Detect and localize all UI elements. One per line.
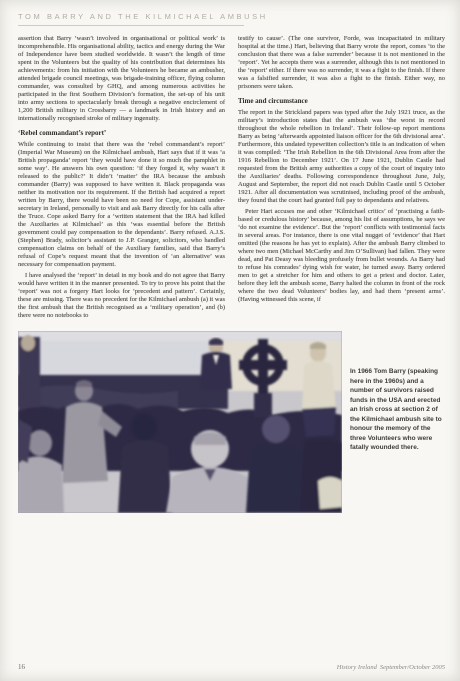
paragraph: I have analysed the ‘report’ in detail i… — [18, 272, 225, 320]
footer-journal-line: History IrelandSeptember/October 2005 — [337, 664, 445, 671]
journal-title: History Ireland — [337, 664, 377, 671]
paragraph: testify to cause’. (The one survivor, Fo… — [238, 35, 445, 91]
issue-date: September/October 2005 — [380, 664, 445, 671]
memorial-photo-illustration — [18, 331, 342, 513]
column-left: assertion that Barry ‘wasn’t involved in… — [18, 35, 225, 323]
scanned-magazine-page: TOM BARRY AND THE KILMICHAEL AMBUSH asse… — [0, 0, 460, 681]
page-footer: 16 History IrelandSeptember/October 2005 — [18, 663, 445, 671]
left-edge-figure — [18, 335, 40, 407]
figure: In 1966 Tom Barry (speaking here in the … — [18, 331, 445, 513]
article-body: assertion that Barry ‘wasn’t involved in… — [18, 35, 445, 323]
page-number: 16 — [18, 663, 25, 671]
section-heading-time-circumstance: Time and circumstance — [238, 97, 445, 106]
section-heading-rebel-report: ‘Rebel commandant’s report’ — [18, 129, 225, 138]
memorial-photo — [18, 331, 342, 513]
paragraph: Peter Hart accuses me and other ‘Kilmich… — [238, 208, 445, 304]
photo-caption: In 1966 Tom Barry (speaking here in the … — [342, 331, 445, 513]
paragraph: The report in the Strickland papers was … — [238, 109, 445, 205]
paragraph: assertion that Barry ‘wasn’t involved in… — [18, 35, 225, 123]
paragraph: While continuing to insist that there wa… — [18, 141, 225, 269]
column-right: testify to cause’. (The one survivor, Fo… — [238, 35, 445, 323]
running-head: TOM BARRY AND THE KILMICHAEL AMBUSH — [18, 12, 244, 26]
